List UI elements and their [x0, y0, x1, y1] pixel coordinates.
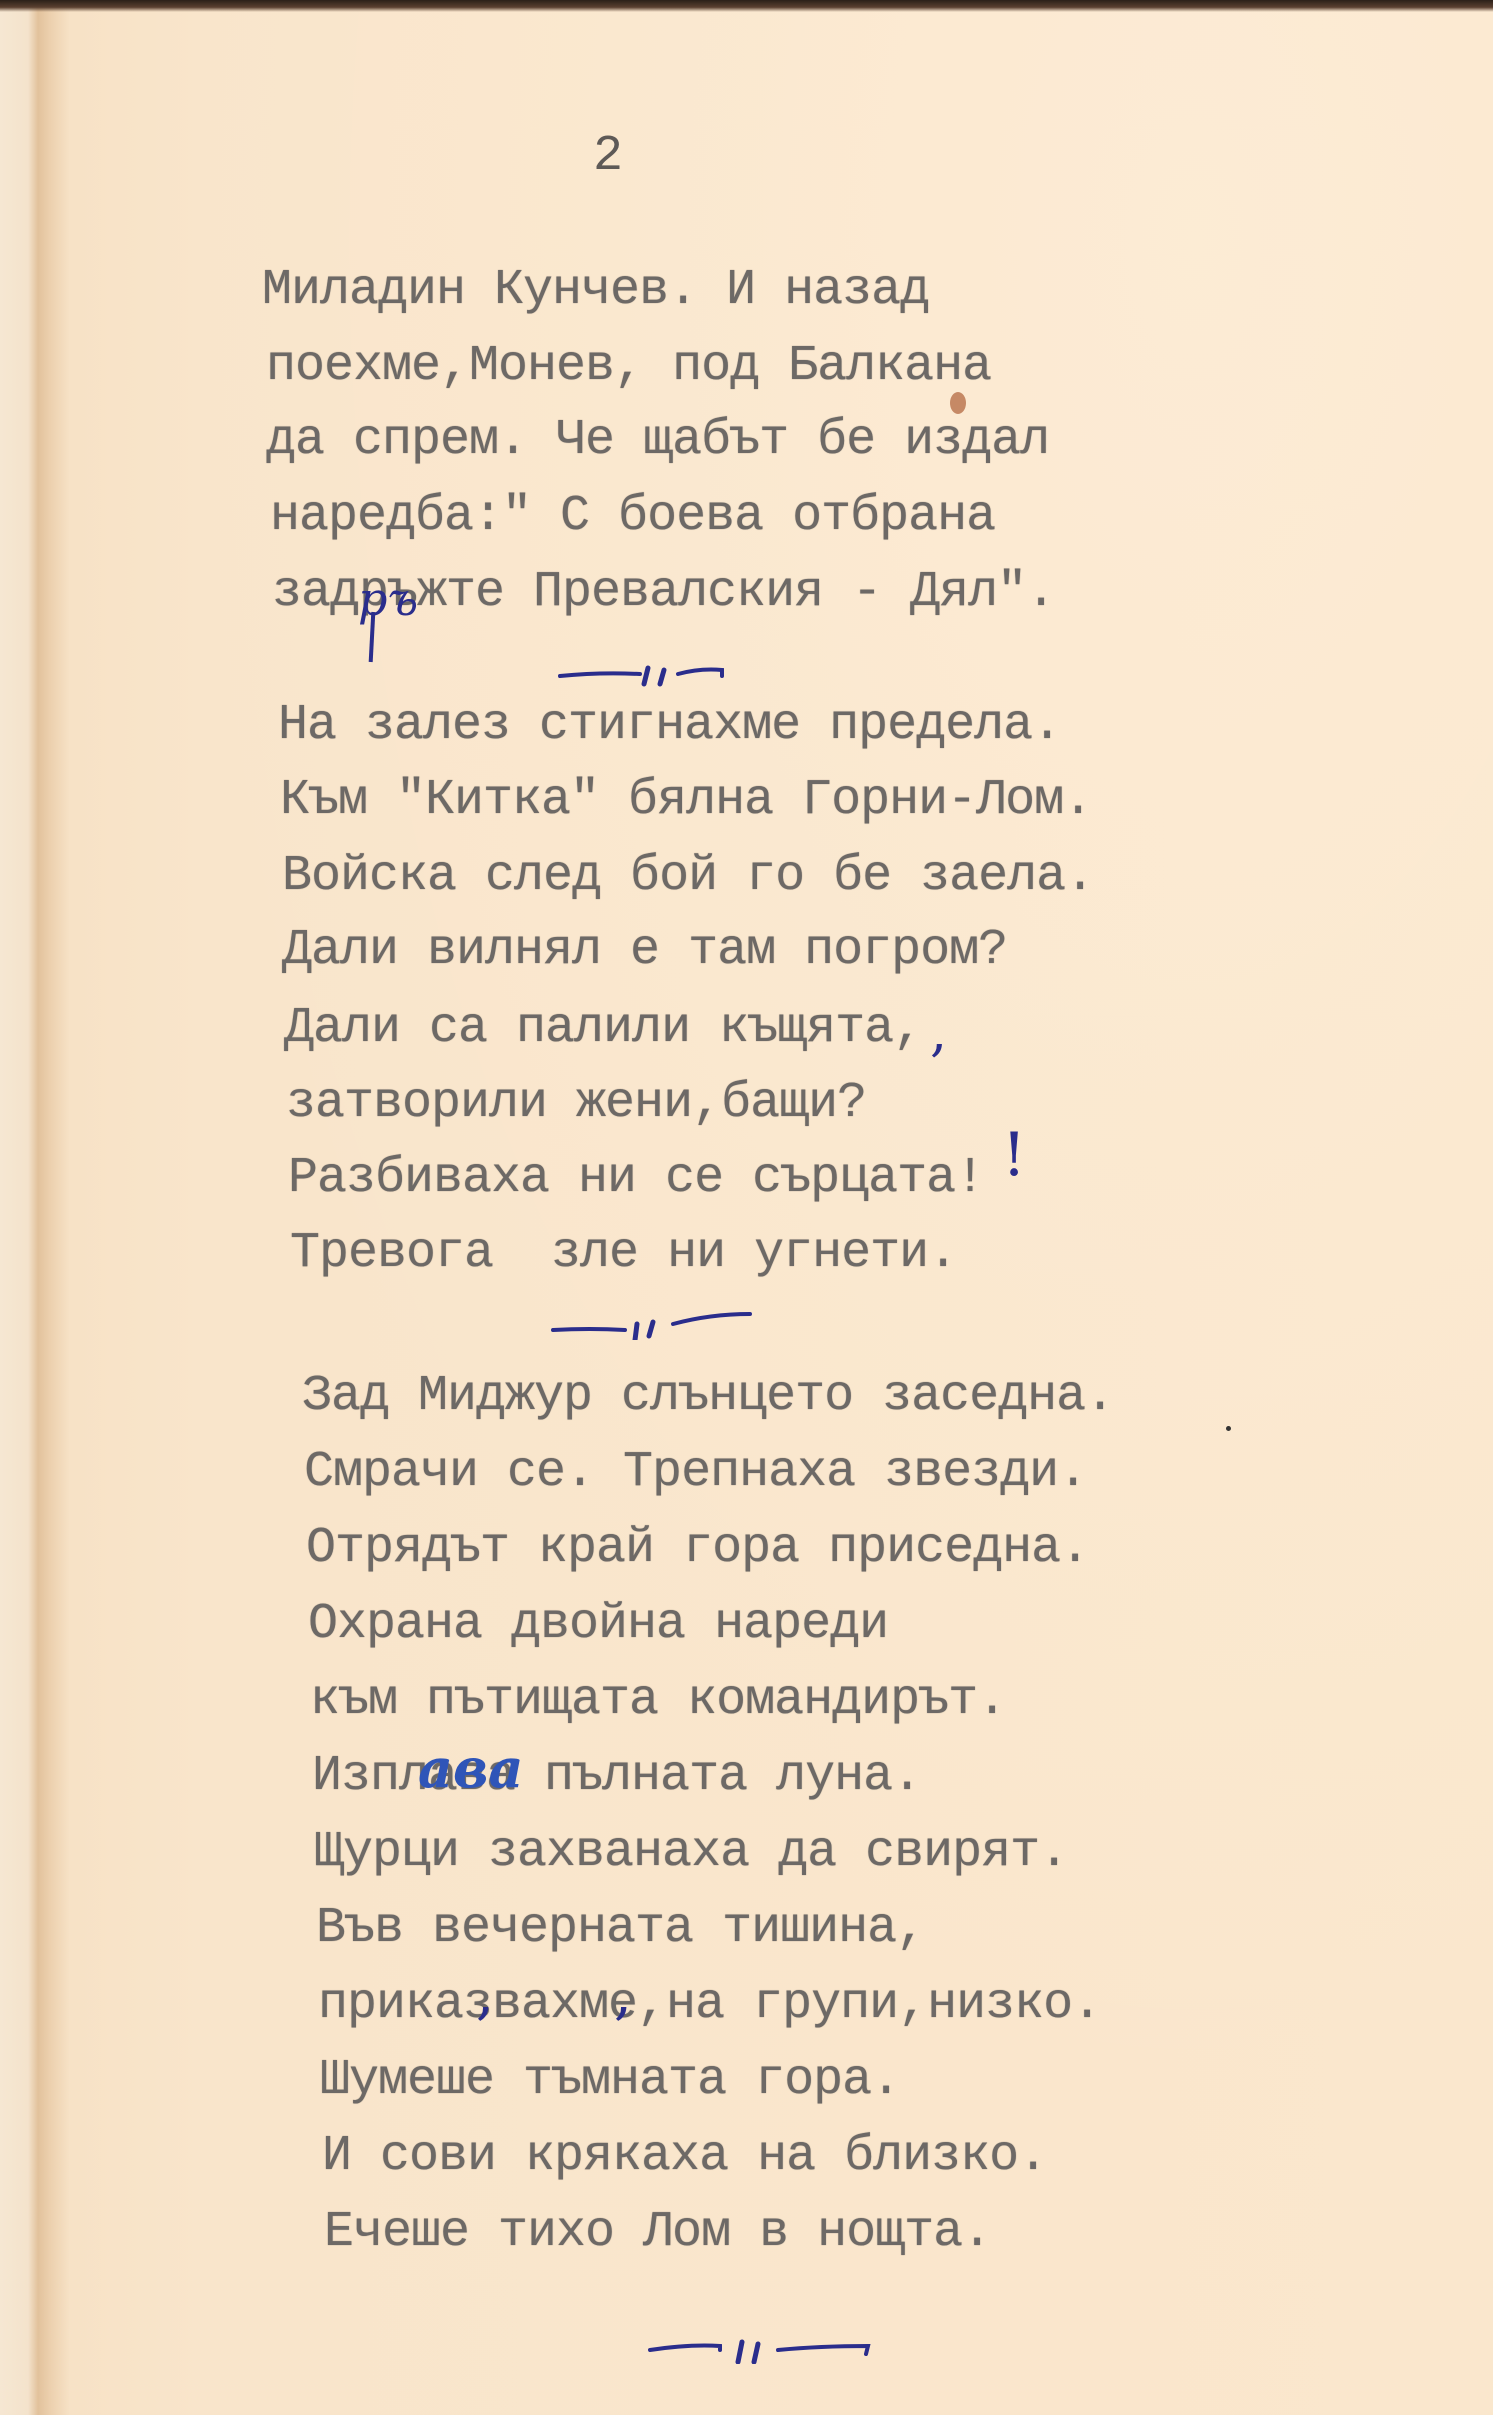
handwritten-correction: ръ	[358, 572, 418, 626]
speck-mark	[1226, 1426, 1231, 1431]
poem-line: Разбиваха ни се сърцата!	[288, 1150, 984, 1207]
handwritten-comma: ,	[614, 1962, 632, 2027]
poem-line: към пътищата командирът.	[310, 1672, 1006, 1729]
poem-line: Миладин Кунчев. И назад	[262, 262, 929, 319]
stanza-separator	[545, 1300, 755, 1340]
poem-line: Смрачи се. Трепнаха звезди.	[304, 1444, 1087, 1501]
handwritten-comma: ,	[930, 1000, 947, 1063]
poem-line: наредба:" С боева отбрана	[270, 488, 995, 545]
poem-line: Дали са палили къщята,	[284, 1000, 922, 1057]
handwritten-correction: ава	[418, 1736, 523, 1800]
poem-line: приказвахме,на групи,низко.	[318, 1976, 1101, 2033]
stanza-separator	[640, 2320, 880, 2360]
poem-line: И сови крякаха на близко.	[322, 2128, 1047, 2185]
poem-line: Към "Китка" бялна Горни-Лом.	[280, 772, 1092, 829]
poem-line: затворили жени,бащи?	[286, 1075, 866, 1132]
poem-line: Тревога зле ни угнети.	[290, 1225, 957, 1282]
scan-top-edge	[0, 0, 1493, 12]
stanza-separator	[550, 648, 730, 688]
poem-line: Охрана двойна нареди	[308, 1596, 888, 1653]
poem-line: поехме,Монев, под Балкана	[266, 338, 991, 395]
poem-line: Отрядът край гора приседна.	[306, 1520, 1089, 1577]
poem-line: Зад Миджур слънцето заседна.	[302, 1368, 1114, 1425]
poem-line: Дали вилнял е там погром?	[282, 922, 1007, 979]
poem-line: Войска след бой го бе заела.	[282, 848, 1094, 905]
poem-line: Във вечерната тишина,	[316, 1900, 925, 1957]
document-page: 2 Миладин Кунчев. И назад поехме,Монев, …	[0, 0, 1493, 2415]
poem-line: На залез стигнахме предела.	[278, 697, 1061, 754]
handwritten-comma: ,	[476, 1962, 494, 2027]
poem-line: да спрем. Че щабът бе издал	[266, 412, 1049, 469]
poem-line: Шумеше тъмната гора.	[320, 2052, 900, 2109]
handwritten-exclamation: !	[1002, 1120, 1026, 1190]
poem-line: Изплава пълната луна.	[312, 1748, 921, 1805]
poem-line: Щурци захванаха да свирят.	[314, 1824, 1068, 1881]
stain-mark	[950, 392, 966, 414]
poem-line: Ечеше тихо Лом в нощта.	[324, 2204, 991, 2261]
page-number: 2	[593, 128, 623, 185]
